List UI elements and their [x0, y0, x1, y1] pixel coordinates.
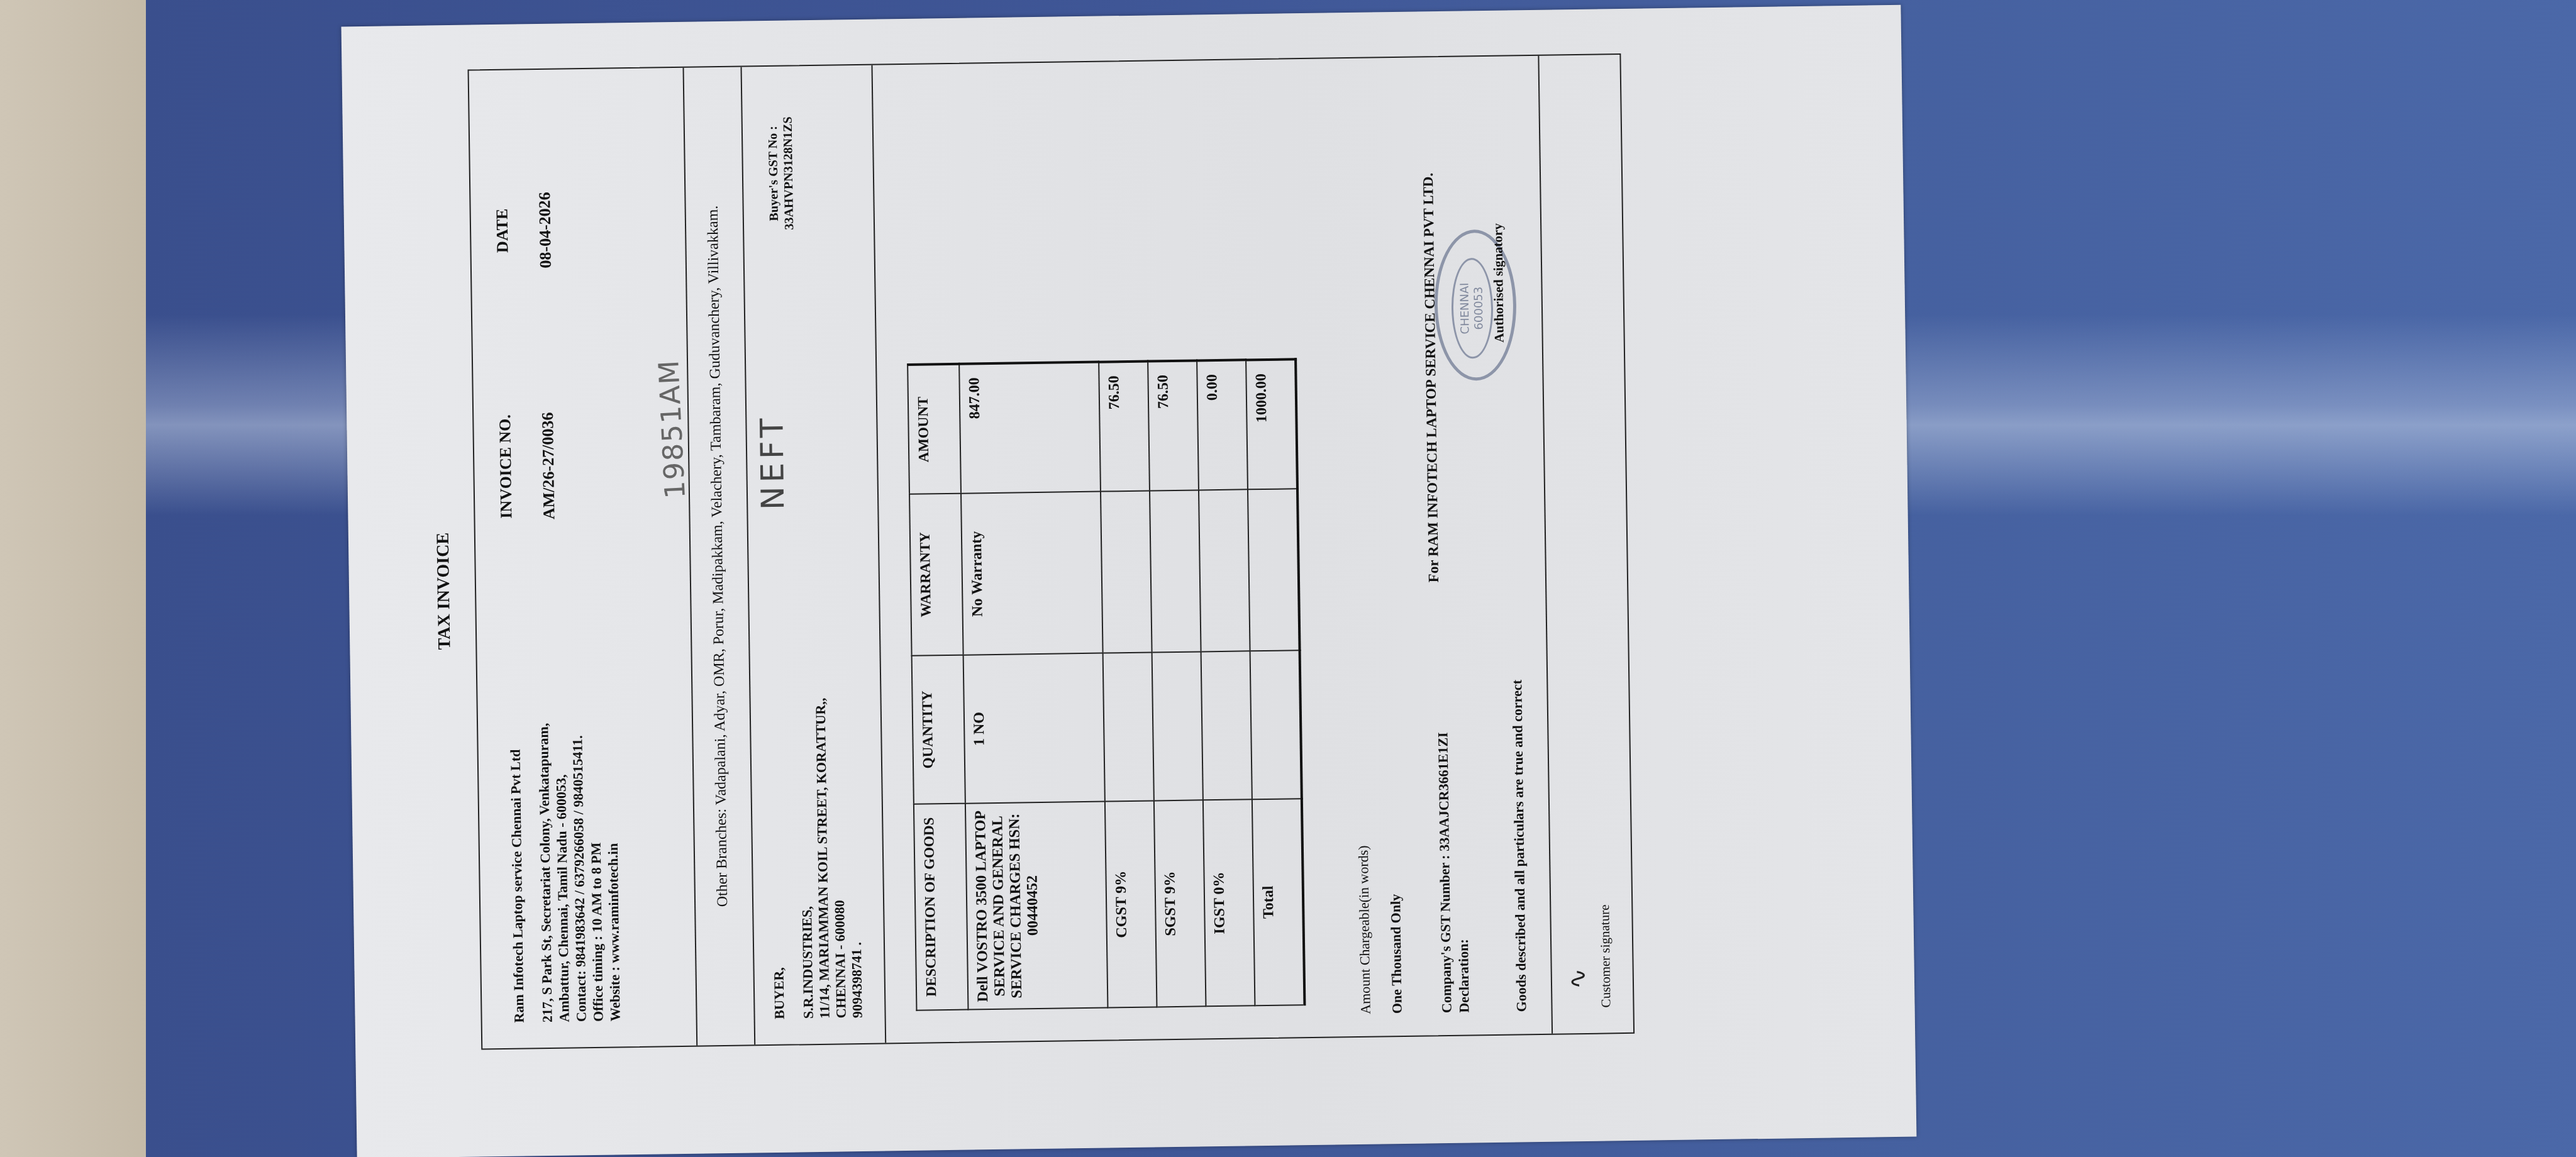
table-row: Dell VOSTRO 3500 LAPTOP SERVICE AND GENE… — [959, 362, 1108, 1010]
cell-description: Dell VOSTRO 3500 LAPTOP SERVICE AND GENE… — [965, 802, 1108, 1010]
cell-warranty — [1199, 489, 1250, 651]
divider — [871, 65, 886, 1043]
invoice-title: TAX INVOICE — [426, 25, 462, 1157]
handwritten-time: 19851AM — [653, 358, 692, 499]
cell-warranty — [1101, 491, 1152, 653]
for-company: For RAM INFOTECH LAPTOP SERVICE CHENNAI … — [1420, 173, 1442, 583]
company-name: Ram Infotech Laptop service Chennai Pvt … — [504, 582, 528, 1022]
table-row: CGST 9% 76.50 — [1099, 362, 1157, 1008]
cell-amount: 0.00 — [1197, 360, 1248, 490]
buyer-label: BUYER, — [767, 699, 788, 1019]
table-row: SGST 9% 76.50 — [1148, 360, 1206, 1007]
authorised-signatory: Authorised signatory — [1490, 223, 1507, 343]
header-warranty: WARRANTY — [909, 494, 963, 656]
items-table: DESCRIPTION OF GOODS QUANTITY WARRANTY A… — [907, 358, 1306, 1011]
signature-scribble-icon: ∿ — [1563, 968, 1592, 989]
header-description: DESCRIPTION OF GOODS — [914, 804, 969, 1010]
invoice-date-block: DATE 08-04-2026 — [492, 136, 556, 325]
header-amount: AMOUNT — [908, 364, 961, 494]
other-branches: Other Branches: Vadapalani, Adyar, OMR, … — [683, 67, 756, 1046]
cell-amount: 847.00 — [959, 362, 1101, 494]
cell-warranty: No Warranty — [961, 492, 1103, 655]
cell-description: IGST 0% — [1203, 799, 1255, 1006]
cell-description: Total — [1252, 799, 1305, 1005]
invoice-number-label: INVOICE NO. — [495, 363, 517, 570]
cell-quantity: 1 NO — [963, 653, 1105, 803]
amount-words-label: Amount Chargeable(in words) — [1354, 845, 1375, 1014]
buyer-block: BUYER, S.R.INDUSTRIES, 11/14, MARIAMMAN … — [767, 697, 866, 1019]
amount-in-words-block: Amount Chargeable(in words) One Thousand… — [1354, 844, 1407, 1014]
table-row-total: Total 1000.00 — [1246, 359, 1304, 1005]
invoice-paper: TAX INVOICE Ram Infotech Laptop service … — [341, 5, 1917, 1157]
buyer-gst-block: Buyer's GST No : 33AHVPN3128N1ZS — [765, 79, 797, 268]
cell-amount: 76.50 — [1099, 362, 1150, 492]
cell-quantity — [1103, 652, 1154, 801]
company-gst-block: Company's GST Number : 33AAJCR3661E1ZI D… — [1434, 732, 1473, 1013]
cell-amount: 76.50 — [1148, 360, 1199, 490]
invoice-number: AM/26-27/0036 — [538, 362, 560, 570]
cell-quantity — [1152, 651, 1203, 800]
divider — [1538, 56, 1553, 1034]
cell-description: SGST 9% — [1154, 800, 1206, 1007]
declaration-label: Declaration: — [1452, 732, 1473, 1013]
invoice-date: 08-04-2026 — [535, 136, 556, 324]
stamp-text: CHENNAI 600053 — [1451, 258, 1494, 359]
cell-warranty — [1248, 489, 1300, 651]
cell-description: CGST 9% — [1105, 800, 1157, 1007]
cell-quantity — [1250, 650, 1302, 799]
declaration-text: Goods described and all particulars are … — [1509, 680, 1529, 1012]
cell-amount: 1000.00 — [1246, 359, 1297, 489]
handwritten-payment-mode: NEFT — [753, 414, 791, 510]
invoice-number-block: INVOICE NO. AM/26-27/0036 — [495, 362, 560, 570]
customer-signature-label: Customer signature — [1597, 904, 1614, 1007]
table-header-row: DESCRIPTION OF GOODS QUANTITY WARRANTY A… — [908, 364, 968, 1010]
company-block: Ram Infotech Laptop service Chennai Pvt … — [504, 581, 624, 1022]
header-quantity: QUANTITY — [912, 655, 965, 804]
invoice-frame: Ram Infotech Laptop service Chennai Pvt … — [468, 53, 1635, 1049]
buyer-gst-number: 33AHVPN3128N1ZS — [780, 79, 797, 267]
invoice-date-label: DATE — [492, 136, 513, 325]
cell-warranty — [1150, 490, 1201, 652]
table-row: IGST 0% 0.00 — [1197, 360, 1255, 1006]
amount-words: One Thousand Only — [1385, 844, 1407, 1014]
background-surface — [0, 0, 151, 1157]
cell-quantity — [1201, 651, 1252, 800]
